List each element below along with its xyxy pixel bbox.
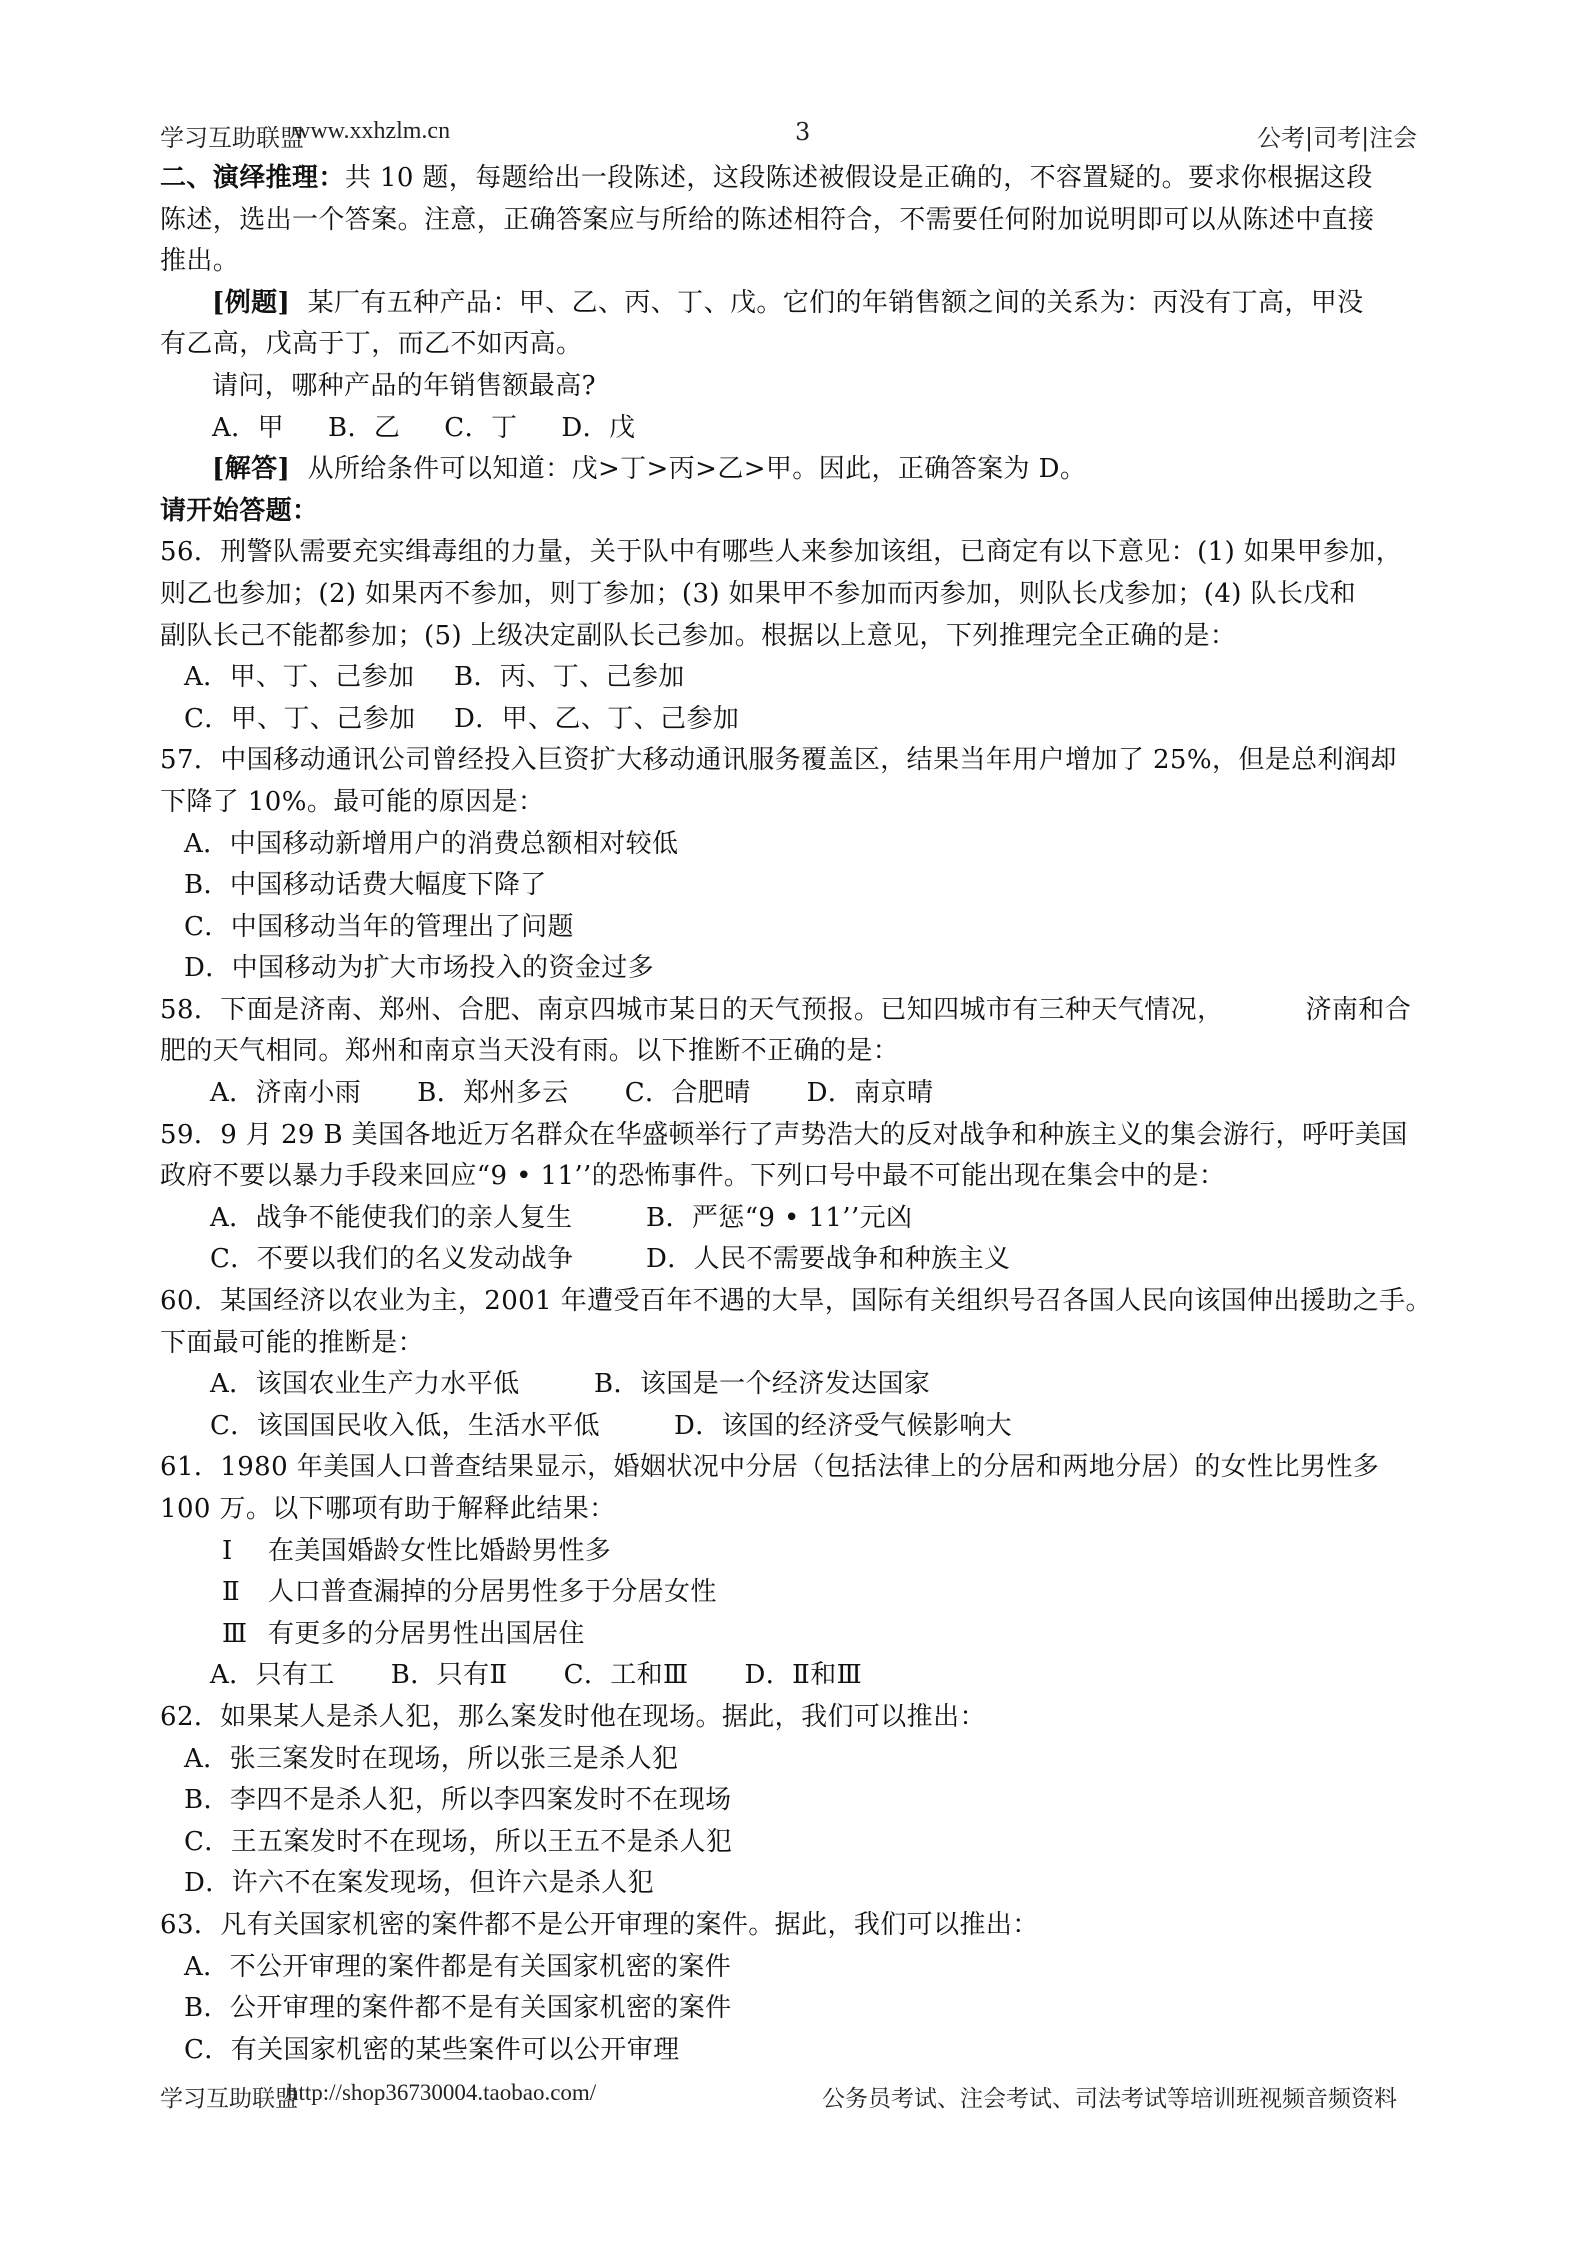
option-a[interactable]: A．该国农业生产力水平低 <box>210 1364 594 1406</box>
option-d[interactable]: D．Ⅱ和Ⅲ <box>745 1655 863 1697</box>
option-d[interactable]: D．许六不在案发现场，但许六是杀人犯 <box>160 1863 1450 1905</box>
option-row: A．甲、丁、己参加B．丙、丁、己参加 <box>160 657 1450 699</box>
option-d[interactable]: D．甲、乙、丁、己参加 <box>454 699 739 741</box>
question-59: 59．9 月 29 B 美国各地近万名群众在华盛顿举行了声势浩大的反对战争和种族… <box>160 1115 1450 1281</box>
option-b[interactable]: B．严惩“9 • 11’’元凶 <box>646 1198 912 1240</box>
option-c[interactable]: C．中国移动当年的管理出了问题 <box>160 907 1450 949</box>
example-option: C．丁 <box>444 408 517 450</box>
option-row: C．甲、丁、己参加D．甲、乙、丁、己参加 <box>160 699 1450 741</box>
question-stem: 政府不要以暴力手段来回应“9 • 11’’的恐怖事件。下列口号中最不可能出现在集… <box>160 1156 1450 1198</box>
question-stem: 63．凡有关国家机密的案件都不是公开审理的案件。据此，我们可以推出： <box>160 1905 1450 1947</box>
option-d[interactable]: D．该国的经济受气候影响大 <box>674 1406 1012 1448</box>
option-b[interactable]: B．只有Ⅱ <box>391 1655 508 1697</box>
page-footer: 学习互助联盟 http://shop36730004.taobao.com/ 公… <box>160 2080 1445 2114</box>
option-row: A．只有工B．只有ⅡC．工和ⅢD．Ⅱ和Ⅲ <box>160 1655 1450 1697</box>
option-a[interactable]: A．只有工 <box>210 1655 335 1697</box>
section-title: 二、演绎推理： <box>160 163 345 193</box>
question-61: 61．1980 年美国人口普查结果显示，婚姻状况中分居（包括法律上的分居和两地分… <box>160 1447 1450 1697</box>
section-intro-line: 陈述，选出一个答案。注意，正确答案应与所给的陈述相符合，不需要任何附加说明即可以… <box>160 200 1450 242</box>
option-c[interactable]: C．有关国家机密的某些案件可以公开审理 <box>160 2030 1450 2072</box>
option-row: A．战争不能使我们的亲人复生B．严惩“9 • 11’’元凶 <box>160 1198 1450 1240</box>
option-c[interactable]: C．工和Ⅲ <box>564 1655 689 1697</box>
question-stem: 59．9 月 29 B 美国各地近万名群众在华盛顿举行了声势浩大的反对战争和种族… <box>160 1115 1450 1157</box>
option-row: C．不要以我们的名义发动战争D．人民不需要战争和种族主义 <box>160 1239 1450 1281</box>
option-a[interactable]: A．张三案发时在现场，所以张三是杀人犯 <box>160 1739 1450 1781</box>
question-57: 57．中国移动通讯公司曾经投入巨资扩大移动通讯服务覆盖区，结果当年用户增加了 2… <box>160 740 1450 990</box>
option-b[interactable]: B．李四不是杀人犯，所以李四案发时不在现场 <box>160 1780 1450 1822</box>
question-62: 62．如果某人是杀人犯，那么案发时他在现场。据此，我们可以推出： A．张三案发时… <box>160 1697 1450 1905</box>
question-56: 56．刑警队需要充实缉毒组的力量，关于队中有哪些人来参加该组，已商定有以下意见：… <box>160 532 1450 740</box>
example-question: 请问，哪种产品的年销售额最高? <box>160 366 1450 408</box>
option-row: A．该国农业生产力水平低B．该国是一个经济发达国家 <box>160 1364 1450 1406</box>
option-c[interactable]: C．不要以我们的名义发动战争 <box>210 1239 646 1281</box>
section-intro-line: 推出。 <box>160 241 1450 283</box>
question-stem: 57．中国移动通讯公司曾经投入巨资扩大移动通讯服务覆盖区，结果当年用户增加了 2… <box>160 740 1450 782</box>
header-category: 公考|司考|注会 <box>1257 118 1417 153</box>
example-option: B．乙 <box>328 408 400 450</box>
example-line: [例题] 某厂有五种产品：甲、乙、丙、丁、戊。它们的年销售额之间的关系为：丙没有… <box>160 283 1450 325</box>
question-stem: 副队长己不能都参加；(5) 上级决定副队长己参加。根据以上意见，下列推理完全正确… <box>160 616 1450 658</box>
option-b[interactable]: B．丙、丁、己参加 <box>454 657 685 699</box>
option-d[interactable]: D．中国移动为扩大市场投入的资金过多 <box>160 948 1450 990</box>
roman-numeral: Ⅲ <box>222 1614 268 1656</box>
answer-label: [解答] <box>212 454 290 484</box>
question-58: 58．下面是济南、郑州、合肥、南京四城市某日的天气预报。已知四城市有三种天气情况… <box>160 990 1450 1115</box>
example-option: A．甲 <box>212 408 284 450</box>
roman-numeral: Ⅰ <box>222 1531 268 1573</box>
statement-1: Ⅰ在美国婚龄女性比婚龄男性多 <box>160 1531 1450 1573</box>
option-c[interactable]: C．合肥晴 <box>625 1073 751 1115</box>
header-site-name: 学习互助联盟 <box>160 118 304 153</box>
statement-3: Ⅲ有更多的分居男性出国居住 <box>160 1614 1450 1656</box>
example-option: D．戊 <box>561 408 635 450</box>
option-a[interactable]: A．中国移动新增用户的消费总额相对较低 <box>160 824 1450 866</box>
option-a[interactable]: A．战争不能使我们的亲人复生 <box>210 1198 646 1240</box>
question-stem: 则乙也参加；(2) 如果丙不参加，则丁参加；(3) 如果甲不参加而丙参加，则队长… <box>160 574 1450 616</box>
option-b[interactable]: B．公开审理的案件都不是有关国家机密的案件 <box>160 1988 1450 2030</box>
option-c[interactable]: C．甲、丁、己参加 <box>184 699 454 741</box>
option-row: C．该国国民收入低，生活水平低D．该国的经济受气候影响大 <box>160 1406 1450 1448</box>
header-site-url[interactable]: www.xxhzlm.cn <box>293 118 450 145</box>
question-stem: 56．刑警队需要充实缉毒组的力量，关于队中有哪些人来参加该组，已商定有以下意见：… <box>160 532 1450 574</box>
footer-site-name: 学习互助联盟 <box>160 2080 298 2113</box>
option-d[interactable]: D．南京晴 <box>807 1073 934 1115</box>
question-stem: 肥的天气相同。郑州和南京当天没有雨。以下推断不正确的是： <box>160 1031 1450 1073</box>
start-prompt: 请开始答题： <box>160 491 1450 533</box>
option-c[interactable]: C．该国国民收入低，生活水平低 <box>210 1406 674 1448</box>
section-intro-line: 二、演绎推理：共 10 题，每题给出一段陈述，这段陈述被假设是正确的，不容置疑的… <box>160 158 1450 200</box>
footer-tagline: 公务员考试、注会考试、司法考试等培训班视频音频资料 <box>822 2080 1397 2113</box>
roman-numeral: Ⅱ <box>222 1572 268 1614</box>
question-stem: 60．某国经济以农业为主，2001 年遭受百年不遇的大旱，国际有关组织号召各国人… <box>160 1281 1450 1323</box>
option-b[interactable]: B．郑州多云 <box>417 1073 569 1115</box>
example-label: [例题] <box>212 288 290 318</box>
example-line: 有乙高，戊高于丁，而乙不如丙高。 <box>160 324 1450 366</box>
option-a[interactable]: A．不公开审理的案件都是有关国家机密的案件 <box>160 1947 1450 1989</box>
footer-shop-url[interactable]: http://shop36730004.taobao.com/ <box>287 2080 596 2106</box>
option-c[interactable]: C．王五案发时不在现场，所以王五不是杀人犯 <box>160 1822 1450 1864</box>
option-d[interactable]: D．人民不需要战争和种族主义 <box>646 1239 1010 1281</box>
page-header: 学习互助联盟 www.xxhzlm.cn 3 公考|司考|注会 <box>160 118 1445 152</box>
question-stem: 62．如果某人是杀人犯，那么案发时他在现场。据此，我们可以推出： <box>160 1697 1450 1739</box>
option-a[interactable]: A．甲、丁、己参加 <box>184 657 454 699</box>
option-b[interactable]: B．中国移动话费大幅度下降了 <box>160 865 1450 907</box>
option-row: A．济南小雨B．郑州多云C．合肥晴D．南京晴 <box>160 1073 1450 1115</box>
question-stem: 100 万。以下哪项有助于解释此结果： <box>160 1489 1450 1531</box>
question-63: 63．凡有关国家机密的案件都不是公开审理的案件。据此，我们可以推出： A．不公开… <box>160 1905 1450 2071</box>
question-stem: 61．1980 年美国人口普查结果显示，婚姻状况中分居（包括法律上的分居和两地分… <box>160 1447 1450 1489</box>
option-a[interactable]: A．济南小雨 <box>210 1073 361 1115</box>
option-b[interactable]: B．该国是一个经济发达国家 <box>594 1364 930 1406</box>
question-stem: 下面最可能的推断是： <box>160 1323 1450 1365</box>
statement-2: Ⅱ人口普查漏掉的分居男性多于分居女性 <box>160 1572 1450 1614</box>
example-options: A．甲B．乙C．丁D．戊 <box>160 408 1450 450</box>
document-body: 二、演绎推理：共 10 题，每题给出一段陈述，这段陈述被假设是正确的，不容置疑的… <box>160 158 1450 2071</box>
question-stem: 58．下面是济南、郑州、合肥、南京四城市某日的天气预报。已知四城市有三种天气情况… <box>160 990 1450 1032</box>
example-answer: [解答] 从所给条件可以知道：戊>丁>丙>乙>甲。因此，正确答案为 D。 <box>160 449 1450 491</box>
question-stem: 下降了 10%。最可能的原因是： <box>160 782 1450 824</box>
page-number: 3 <box>795 118 810 146</box>
question-60: 60．某国经济以农业为主，2001 年遭受百年不遇的大旱，国际有关组织号召各国人… <box>160 1281 1450 1447</box>
